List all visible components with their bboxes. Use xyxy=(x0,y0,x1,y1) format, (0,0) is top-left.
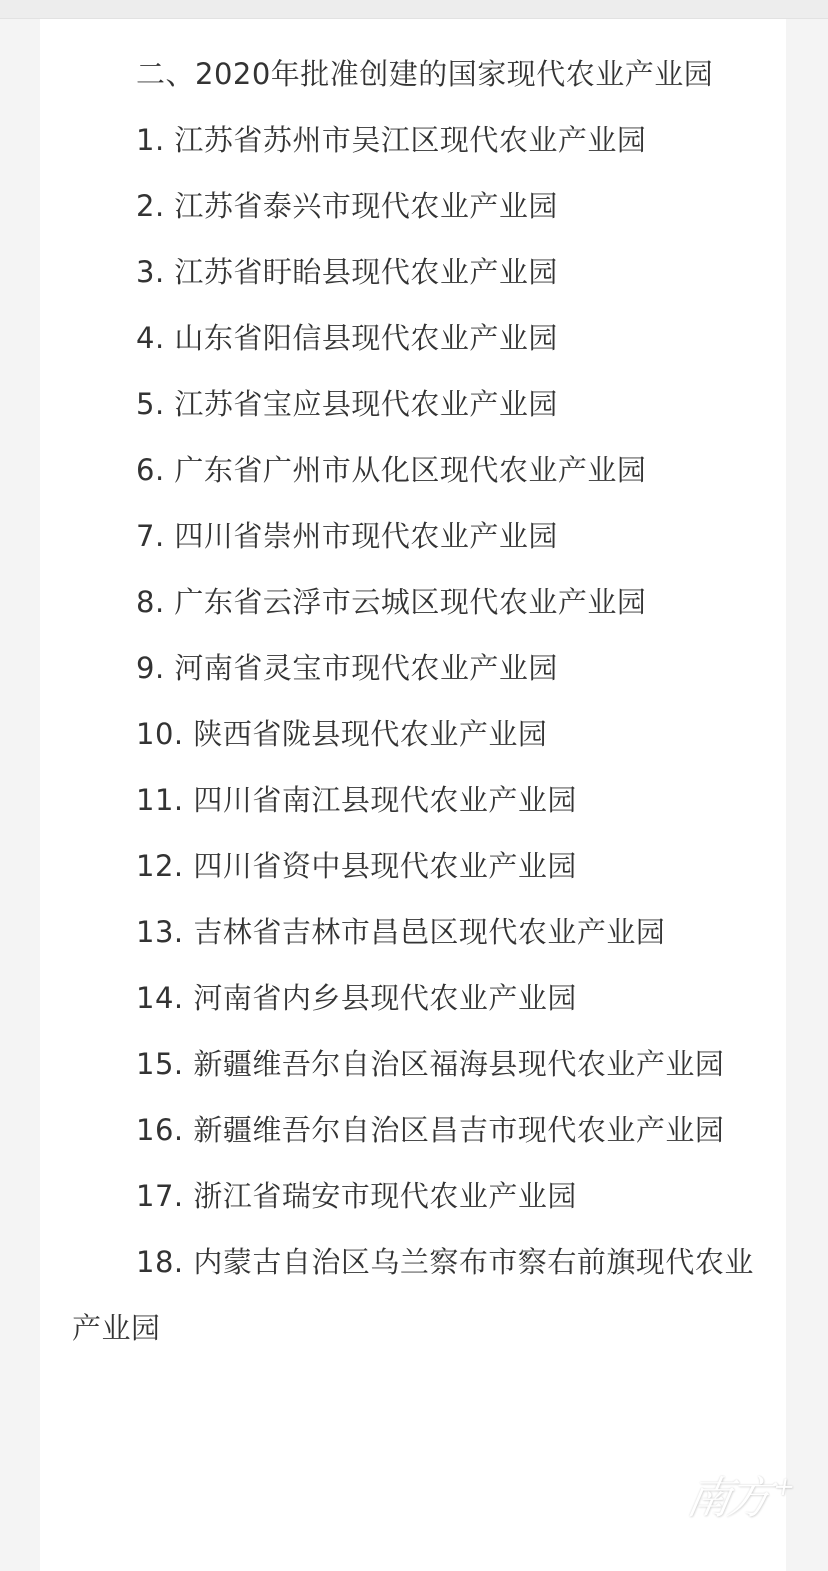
list-item: 12. 四川省资中县现代农业产业园 xyxy=(72,833,762,899)
list-item: 17. 浙江省瑞安市现代农业产业园 xyxy=(72,1163,762,1229)
list-item: 8. 广东省云浮市云城区现代农业产业园 xyxy=(72,569,762,635)
list-item: 1. 江苏省苏州市吴江区现代农业产业园 xyxy=(72,107,762,173)
nanfang-plus-watermark: 南方+ xyxy=(682,1462,795,1526)
left-gutter xyxy=(0,19,40,1571)
list-item: 6. 广东省广州市从化区现代农业产业园 xyxy=(72,437,762,503)
top-bar xyxy=(0,0,828,19)
article-body: 二、2020年批准创建的国家现代农业产业园 1. 江苏省苏州市吴江区现代农业产业… xyxy=(40,19,786,1571)
list-item: 4. 山东省阳信县现代农业产业园 xyxy=(72,305,762,371)
list-item: 16. 新疆维吾尔自治区昌吉市现代农业产业园 xyxy=(72,1097,762,1163)
list-item: 7. 四川省崇州市现代农业产业园 xyxy=(72,503,762,569)
list-item: 18. 内蒙古自治区乌兰察布市察右前旗现代农业产业园 xyxy=(72,1229,762,1361)
list-item: 3. 江苏省盱眙县现代农业产业园 xyxy=(72,239,762,305)
list-item: 2. 江苏省泰兴市现代农业产业园 xyxy=(72,173,762,239)
right-gutter xyxy=(786,19,828,1571)
list-item: 15. 新疆维吾尔自治区福海县现代农业产业园 xyxy=(72,1031,762,1097)
list-item: 14. 河南省内乡县现代农业产业园 xyxy=(72,965,762,1031)
list-item: 10. 陕西省陇县现代农业产业园 xyxy=(72,701,762,767)
list-item: 13. 吉林省吉林市昌邑区现代农业产业园 xyxy=(72,899,762,965)
list-item: 11. 四川省南江县现代农业产业园 xyxy=(72,767,762,833)
section-heading: 二、2020年批准创建的国家现代农业产业园 xyxy=(72,41,762,107)
watermark-text: 南方 xyxy=(683,1473,772,1524)
list-item: 5. 江苏省宝应县现代农业产业园 xyxy=(72,371,762,437)
article-content: 二、2020年批准创建的国家现代农业产业园 1. 江苏省苏州市吴江区现代农业产业… xyxy=(72,41,762,1361)
list-item: 9. 河南省灵宝市现代农业产业园 xyxy=(72,635,762,701)
